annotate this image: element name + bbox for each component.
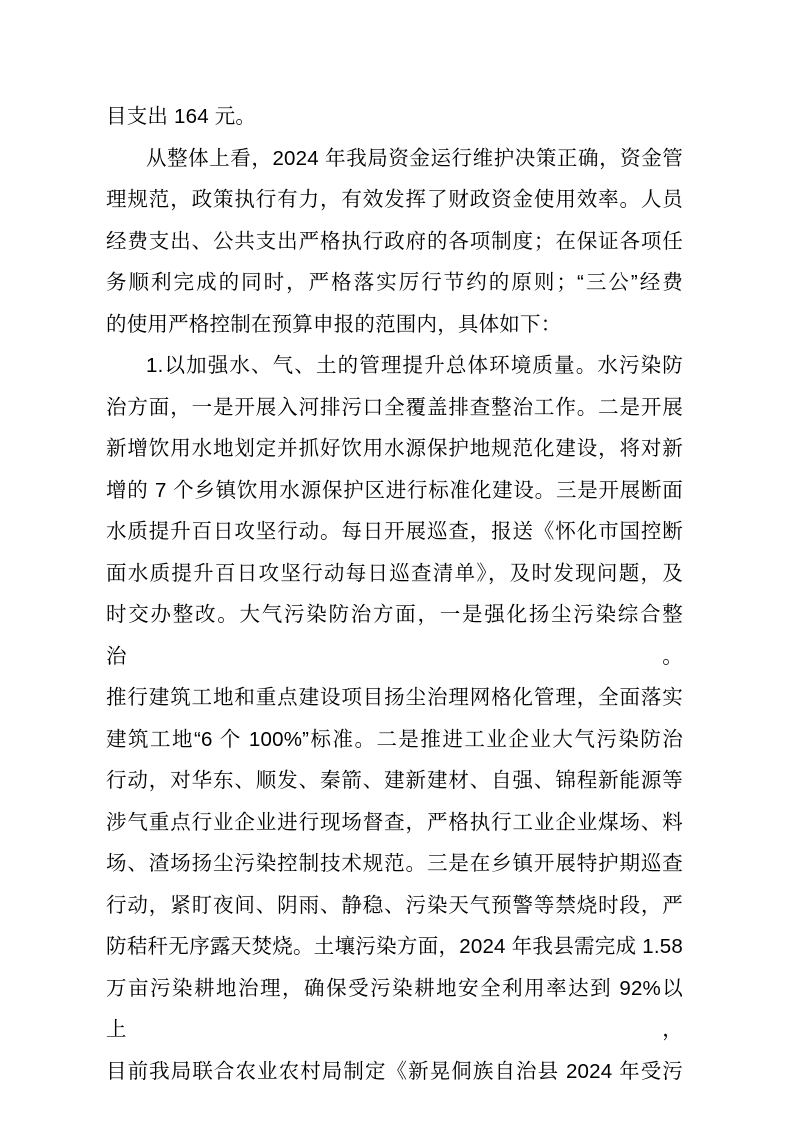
text-line: 目前我局联合农业农村局制定《新晃侗族自治县 2024 年受污 <box>106 1051 683 1093</box>
text-line: 时交办整改。大气污染防治方面，一是强化扬尘污染综合整治。 <box>106 594 683 677</box>
text-line: 1.以加强水、气、土的管理提升总体环境质量。水污染防 <box>106 345 683 387</box>
text-line: 增的 7 个乡镇饮用水源保护区进行标准化建设。三是开展断面 <box>106 470 683 512</box>
text-line: 面水质提升百日攻坚行动每日巡查清单》，及时发现问题，及 <box>106 553 683 595</box>
document-page: 目支出 164 元。从整体上看，2024 年我局资金运行维护决策正确，资金管理规… <box>0 0 793 1122</box>
text-line: 治方面，一是开展入河排污口全覆盖排查整治工作。二是开展 <box>106 387 683 429</box>
text-line: 从整体上看，2024 年我局资金运行维护决策正确，资金管 <box>106 138 683 180</box>
document-content: 目支出 164 元。从整体上看，2024 年我局资金运行维护决策正确，资金管理规… <box>106 96 683 1092</box>
text-line: 新增饮用水地划定并抓好饮用水源保护地规范化建设，将对新 <box>106 428 683 470</box>
text-line: 涉气重点行业企业进行现场督查，严格执行工业企业煤场、料 <box>106 802 683 844</box>
text-line: 万亩污染耕地治理，确保受污染耕地安全利用率达到 92%以上， <box>106 968 683 1051</box>
text-line: 水质提升百日攻坚行动。每日开展巡查，报送《怀化市国控断 <box>106 511 683 553</box>
text-line: 行动，紧盯夜间、阴雨、静稳、污染天气预警等禁烧时段，严 <box>106 885 683 927</box>
text-line: 场、渣场扬尘污染控制技术规范。三是在乡镇开展特护期巡查 <box>106 843 683 885</box>
text-line: 务顺利完成的同时，严格落实厉行节约的原则；“三公”经费 <box>106 262 683 304</box>
text-line: 建筑工地“6 个 100%”标准。二是推进工业企业大气污染防治 <box>106 719 683 761</box>
text-line: 防秸秆无序露天焚烧。土壤污染方面，2024 年我县需完成 1.58 <box>106 926 683 968</box>
text-line: 目支出 164 元。 <box>106 96 683 138</box>
text-line: 经费支出、公共支出严格执行政府的各项制度；在保证各项任 <box>106 221 683 263</box>
text-line: 行动，对华东、顺发、秦箭、建新建材、自强、锦程新能源等 <box>106 760 683 802</box>
text-line: 的使用严格控制在预算申报的范围内，具体如下： <box>106 304 683 346</box>
text-line: 理规范，政策执行有力，有效发挥了财政资金使用效率。人员 <box>106 179 683 221</box>
text-line: 推行建筑工地和重点建设项目扬尘治理网格化管理，全面落实 <box>106 677 683 719</box>
